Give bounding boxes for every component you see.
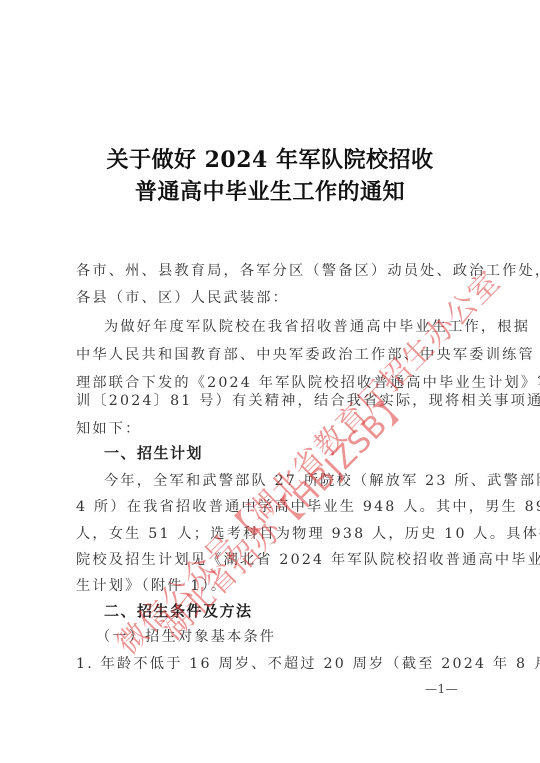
- salutation-line-1: 各市、州、县教育局，各军分区（警备区）动员处、政治工作处，: [76, 262, 468, 280]
- section-1-line: 人，女生 51 人；选考科目为物理 938 人，历史 10 人。具体招生: [76, 525, 468, 543]
- section-1-heading: 一、招生计划: [104, 444, 496, 462]
- section-2-subheading: （一）招生对象基本条件: [96, 628, 488, 646]
- section-2-heading: 二、招生条件及方法: [104, 602, 496, 620]
- section-1-line: 院校及招生计划见《湖北省 2024 年军队院校招收普通高中毕业: [76, 551, 468, 569]
- intro-line: 理部联合下发的《2024 年军队院校招收普通高中毕业生计划》军: [76, 374, 468, 392]
- document-title-line-2: 普通高中毕业生工作的通知: [0, 175, 540, 206]
- intro-line: 知如下：: [76, 420, 468, 438]
- intro-line: 中华人民共和国教育部、中央军委政治工作部、中央军委训练管: [76, 346, 468, 364]
- section-1-line: 4 所）在我省招收普通中学高中毕业生 948 人。其中，男生 897: [76, 498, 468, 516]
- section-1-line: 今年，全军和武警部队 27 所院校（解放军 23 所、武警部队: [104, 472, 496, 490]
- document-page: 关于做好 2024 年军队院校招收 普通高中毕业生工作的通知 各市、州、县教育局…: [0, 0, 540, 763]
- section-1-line: 生计划》（附件 1）。: [76, 577, 468, 595]
- intro-line: 为做好年度军队院校在我省招收普通高中毕业生工作，根据: [104, 318, 496, 336]
- section-2-item-1: 1. 年龄不低于 16 周岁、不超过 20 周岁（截至 2024 年 8 月: [76, 655, 468, 673]
- salutation-line-2: 各县（市、区）人民武装部：: [76, 289, 468, 307]
- document-title-line-1: 关于做好 2024 年军队院校招收: [0, 143, 540, 174]
- page-number: —1—: [425, 682, 458, 696]
- intro-line: 训〔2024〕81 号）有关精神，结合我省实际，现将相关事项通: [76, 392, 468, 410]
